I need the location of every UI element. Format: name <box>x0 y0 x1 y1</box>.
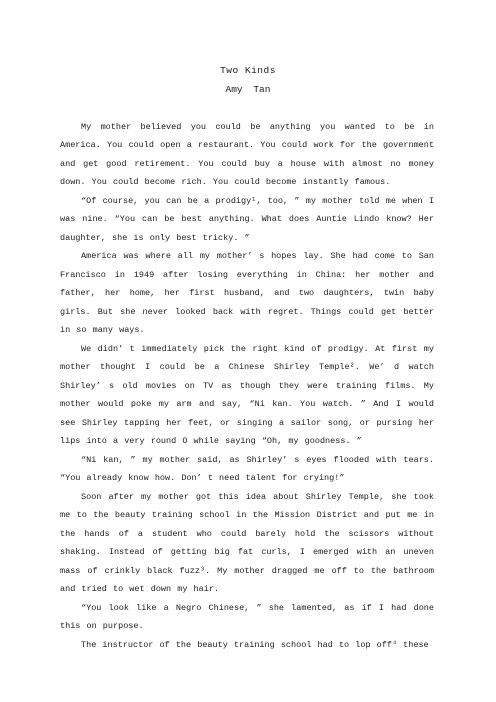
paragraph: We didn’ t immediately pick the right ki… <box>60 340 434 451</box>
paragraph: “Of course, you can be a prodigy¹, too, … <box>60 192 434 248</box>
paragraph: “Ni kan, ” my mother said, as Shirley’ s… <box>60 451 434 488</box>
document-body: My mother believed you could be anything… <box>60 118 434 655</box>
document-page: Two Kinds Amy Tan My mother believed you… <box>0 0 496 702</box>
paragraph: America was where all my mother’ s hopes… <box>60 247 434 340</box>
paragraph: The instructor of the beauty training sc… <box>60 636 434 655</box>
document-author: Amy Tan <box>0 81 496 100</box>
paragraph: Soon after my mother got this idea about… <box>60 488 434 599</box>
paragraph: “You look like a Negro Chinese, ” she la… <box>60 599 434 636</box>
document-title: Two Kinds <box>0 62 496 81</box>
paragraph: My mother believed you could be anything… <box>60 118 434 192</box>
